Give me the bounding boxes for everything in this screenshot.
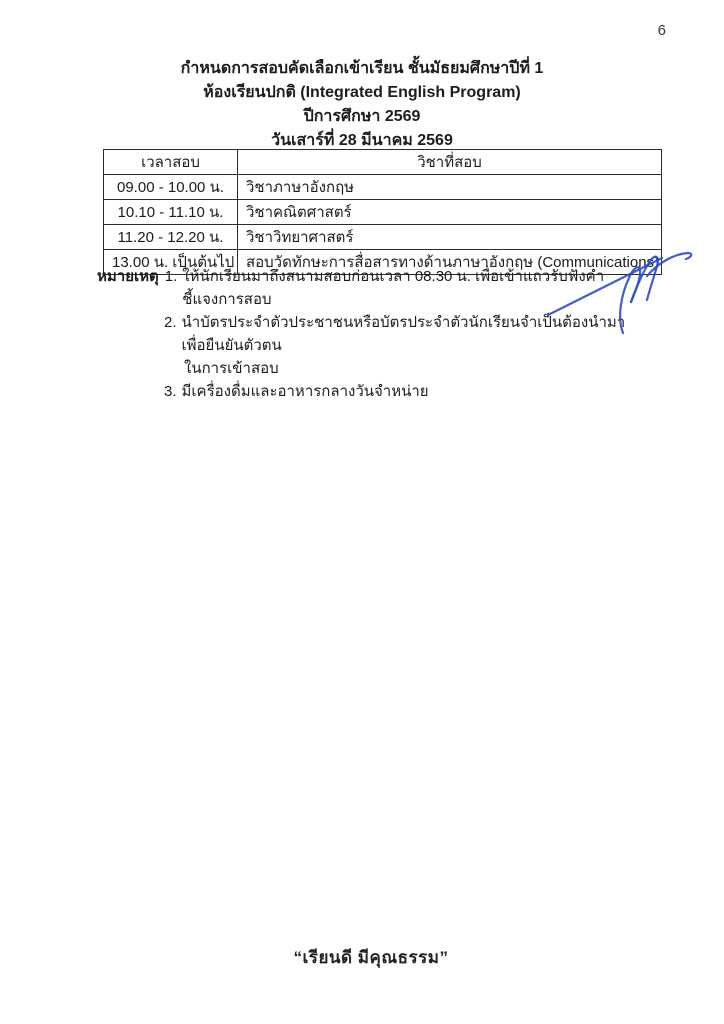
school-motto: “เรียนดี มีคุณธรรม” <box>0 944 724 971</box>
note-number: 3. <box>164 380 177 403</box>
column-header-subject: วิชาที่สอบ <box>238 150 662 175</box>
note-text: มีเครื่องดื่มและอาหารกลางวันจำหน่าย <box>182 380 429 403</box>
exam-subject: วิชาภาษาอังกฤษ <box>238 175 662 200</box>
title-line-3: ปีการศึกษา 2569 <box>0 105 724 129</box>
exam-time: 10.10 - 11.10 น. <box>104 200 238 225</box>
note-number: 1. <box>165 265 178 311</box>
note-text: ให้นักเรียนมาถึงสนามสอบก่อนเวลา 08.30 น.… <box>182 265 637 311</box>
note-item-1: หมายเหตุ 1. ให้นักเรียนมาถึงสนามสอบก่อนเ… <box>97 265 637 311</box>
exam-time: 11.20 - 12.20 น. <box>104 225 238 250</box>
note-number: 2. <box>164 311 177 357</box>
table-header-row: เวลาสอบ วิชาที่สอบ <box>104 150 662 175</box>
document-page: 6 กำหนดการสอบคัดเลือกเข้าเรียน ชั้นมัธยม… <box>0 0 724 1024</box>
notes-label: หมายเหตุ <box>97 265 159 311</box>
title-line-1: กำหนดการสอบคัดเลือกเข้าเรียน ชั้นมัธยมศึ… <box>0 57 724 81</box>
column-header-time: เวลาสอบ <box>104 150 238 175</box>
document-title: กำหนดการสอบคัดเลือกเข้าเรียน ชั้นมัธยมศึ… <box>0 57 724 153</box>
note-text: นำบัตรประจำตัวประชาชนหรือบัตรประจำตัวนัก… <box>182 311 637 357</box>
exam-time: 09.00 - 10.00 น. <box>104 175 238 200</box>
note-item-2: 2. นำบัตรประจำตัวประชาชนหรือบัตรประจำตัว… <box>164 311 637 357</box>
exam-subject: วิชาวิทยาศาสตร์ <box>238 225 662 250</box>
title-line-2: ห้องเรียนปกติ (Integrated English Progra… <box>0 81 724 105</box>
note-item-2-continuation: ในการเข้าสอบ <box>184 357 637 380</box>
table-row: 09.00 - 10.00 น. วิชาภาษาอังกฤษ <box>104 175 662 200</box>
exam-schedule-table: เวลาสอบ วิชาที่สอบ 09.00 - 10.00 น. วิชา… <box>103 149 662 275</box>
note-item-3: 3. มีเครื่องดื่มและอาหารกลางวันจำหน่าย <box>164 380 637 403</box>
table-row: 10.10 - 11.10 น. วิชาคณิตศาสตร์ <box>104 200 662 225</box>
page-number: 6 <box>658 22 666 39</box>
notes-section: หมายเหตุ 1. ให้นักเรียนมาถึงสนามสอบก่อนเ… <box>97 265 637 403</box>
exam-subject: วิชาคณิตศาสตร์ <box>238 200 662 225</box>
table-row: 11.20 - 12.20 น. วิชาวิทยาศาสตร์ <box>104 225 662 250</box>
